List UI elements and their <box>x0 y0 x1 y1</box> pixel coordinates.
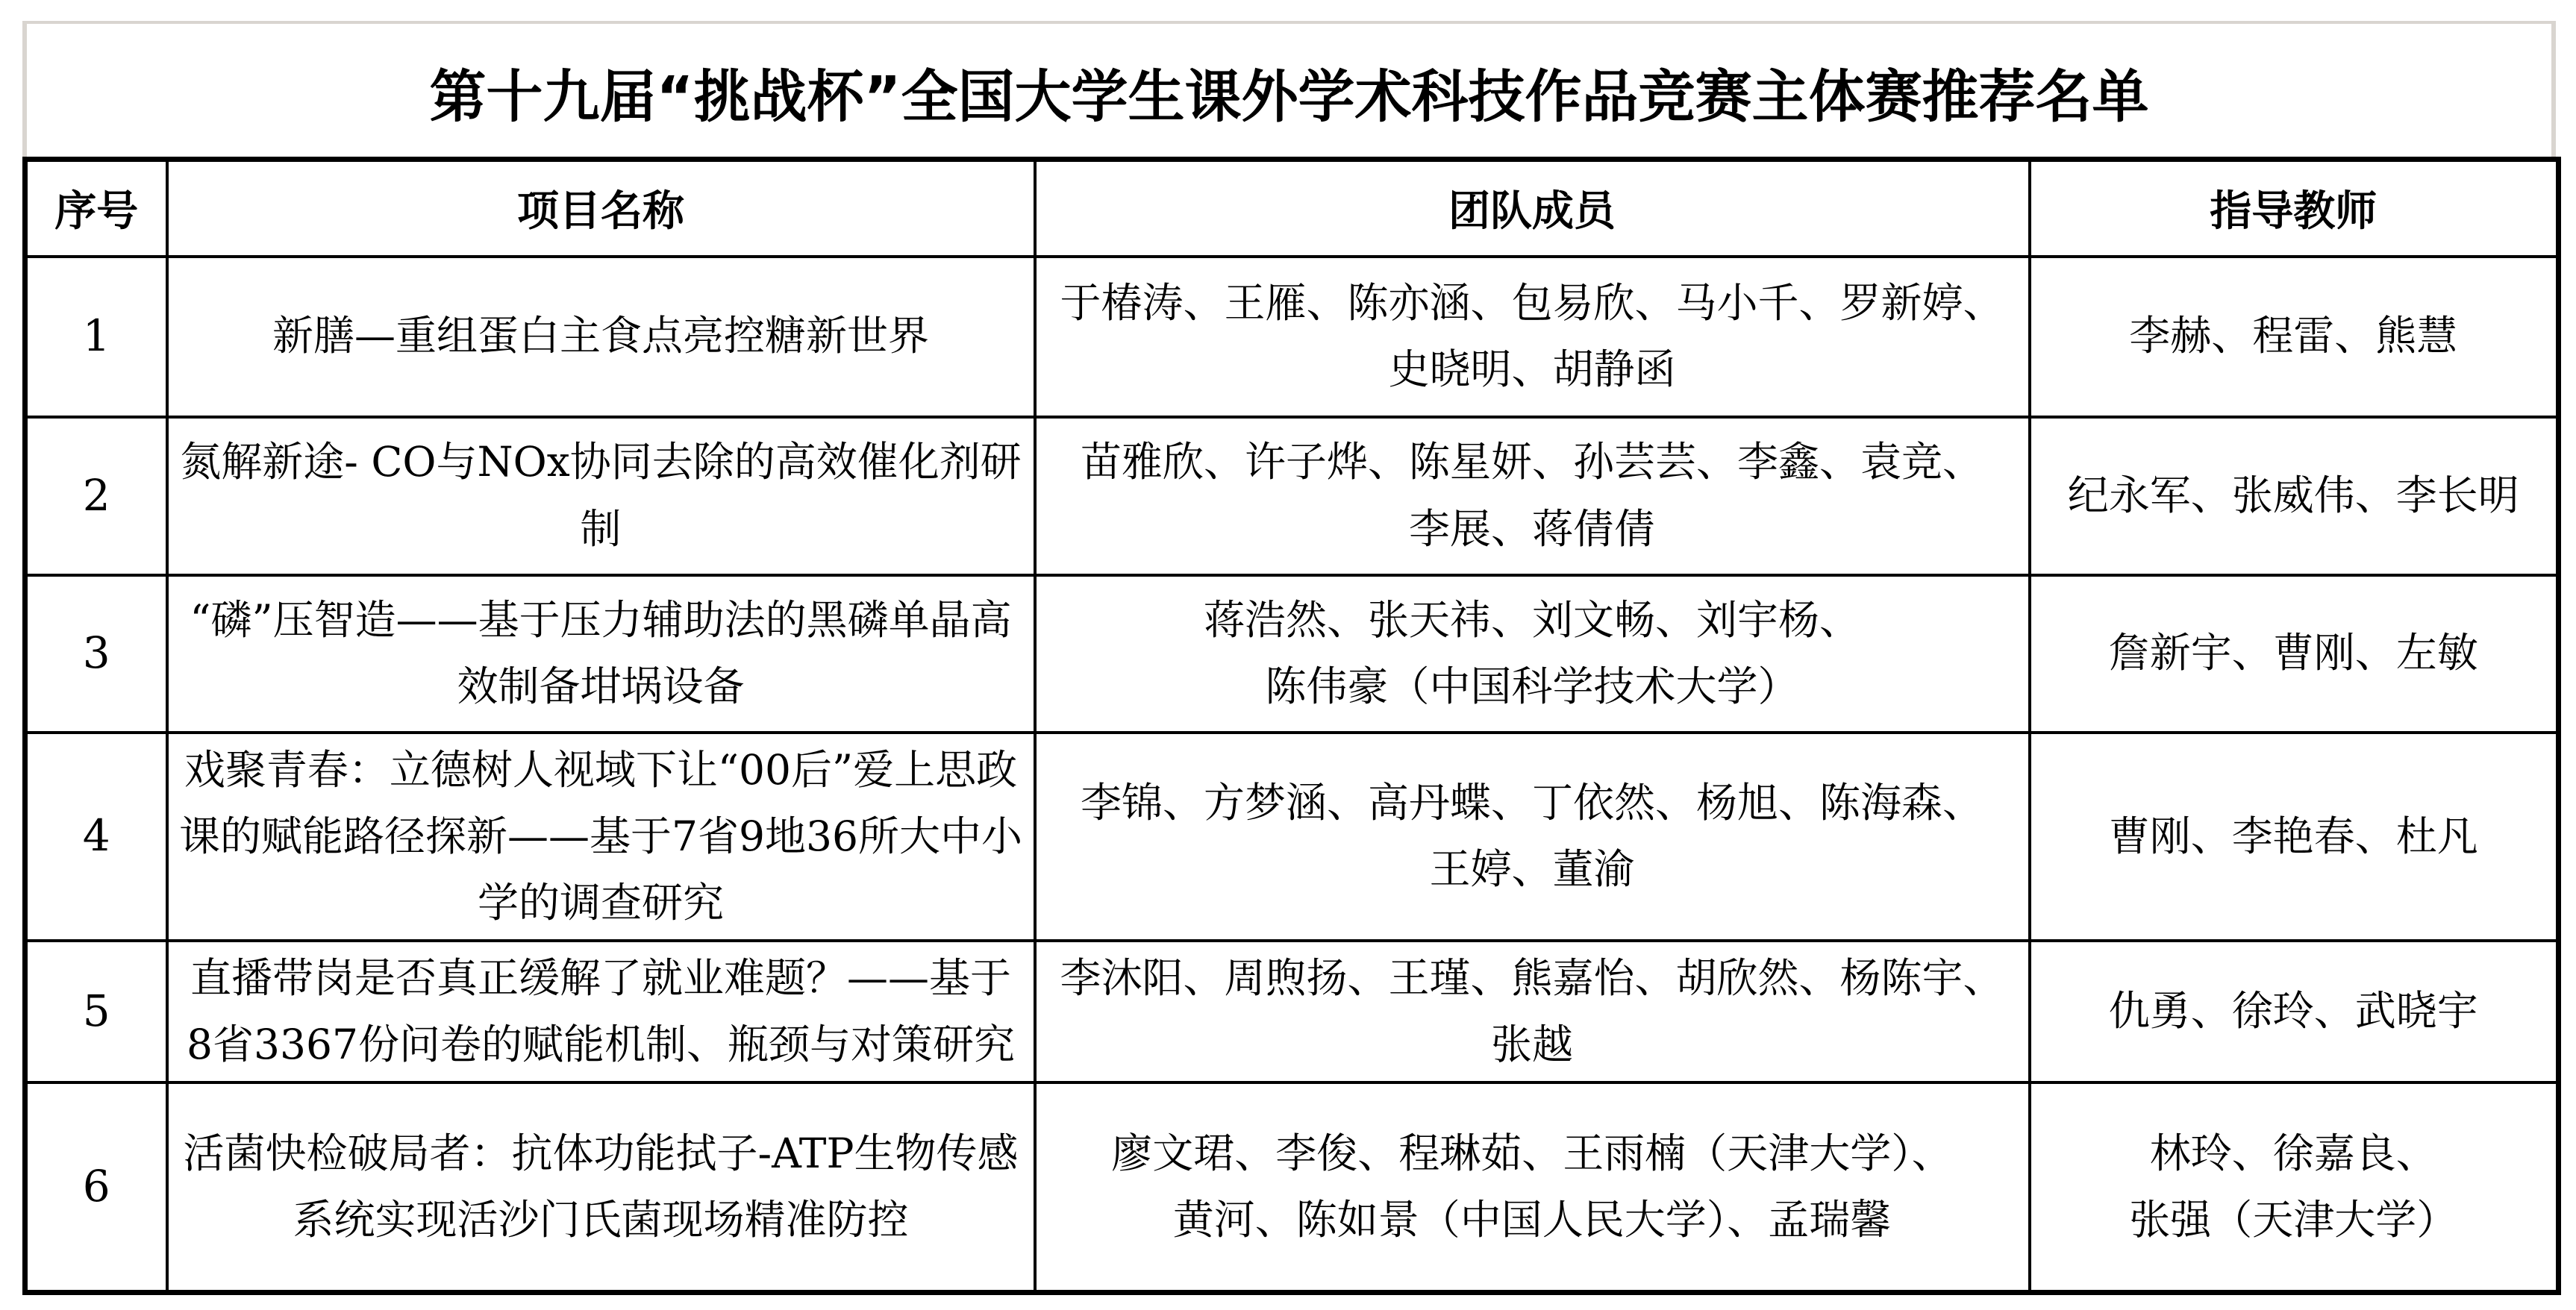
document-page: 第十九届“挑战杯”全国大学生课外学术科技作品竞赛主体赛推荐名单 序号 项目名称 … <box>0 0 2576 1310</box>
cell-project-name: “磷”压智造——基于压力辅助法的黑磷单晶高 效制备坩埚设备 <box>167 575 1035 733</box>
cell-team-members: 廖文珺、李俊、程琳茹、王雨楠（天津大学）、 黄河、陈如景（中国人民大学）、孟瑞馨 <box>1035 1082 2030 1293</box>
cell-serial-number: 4 <box>25 733 167 941</box>
cell-team-members: 李锦、方梦涵、高丹蝶、丁依然、杨旭、陈海森、 王婷、董渝 <box>1035 733 2030 941</box>
cell-advisors: 李赫、程雷、熊慧 <box>2030 257 2559 417</box>
cell-serial-number: 6 <box>25 1082 167 1293</box>
cell-serial-number: 3 <box>25 575 167 733</box>
cell-serial-number: 5 <box>25 941 167 1082</box>
cell-advisors: 林玲、徐嘉良、 张强（天津大学） <box>2030 1082 2559 1293</box>
page-title: 第十九届“挑战杯”全国大学生课外学术科技作品竞赛主体赛推荐名单 <box>430 51 2149 133</box>
table-row: 6 活菌快检破局者：抗体功能拭子-ATP生物传感 系统实现活沙门氏菌现场精准防控… <box>25 1082 2559 1293</box>
cell-project-name: 活菌快检破局者：抗体功能拭子-ATP生物传感 系统实现活沙门氏菌现场精准防控 <box>167 1082 1035 1293</box>
cell-team-members: 于椿涛、王雁、陈亦涵、包易欣、马小千、罗新婷、 史晓明、胡静函 <box>1035 257 2030 417</box>
title-cell: 第十九届“挑战杯”全国大学生课外学术科技作品竞赛主体赛推荐名单 <box>22 21 2556 160</box>
cell-team-members: 苗雅欣、许子烨、陈星妍、孙芸芸、李鑫、袁竞、 李展、蒋倩倩 <box>1035 417 2030 575</box>
cell-team-members: 李沐阳、周煦扬、王瑾、熊嘉怡、胡欣然、杨陈宇、 张越 <box>1035 941 2030 1082</box>
cell-project-name: 直播带岗是否真正缓解了就业难题？——基于 8省3367份问卷的赋能机制、瓶颈与对… <box>167 941 1035 1082</box>
cell-project-name: 氮解新途- CO与NOx协同去除的高效催化剂研 制 <box>167 417 1035 575</box>
header-row: 序号 项目名称 团队成员 指导教师 <box>25 160 2559 257</box>
cell-advisors: 纪永军、张威伟、李长明 <box>2030 417 2559 575</box>
header-team-members: 团队成员 <box>1035 160 2030 257</box>
table-row: 3 “磷”压智造——基于压力辅助法的黑磷单晶高 效制备坩埚设备 蒋浩然、张天祎、… <box>25 575 2559 733</box>
table-row: 4 戏聚青春：立德树人视域下让“00后”爱上思政 课的赋能路径探新——基于7省9… <box>25 733 2559 941</box>
cell-project-name: 戏聚青春：立德树人视域下让“00后”爱上思政 课的赋能路径探新——基于7省9地3… <box>167 733 1035 941</box>
cell-advisors: 仇勇、徐玲、武晓宇 <box>2030 941 2559 1082</box>
table-row: 5 直播带岗是否真正缓解了就业难题？——基于 8省3367份问卷的赋能机制、瓶颈… <box>25 941 2559 1082</box>
recommendation-table: 序号 项目名称 团队成员 指导教师 1 新膳—重组蛋白主食点亮控糖新世界 于椿涛… <box>22 157 2561 1295</box>
header-serial-number: 序号 <box>25 160 167 257</box>
cell-advisors: 曹刚、李艳春、杜凡 <box>2030 733 2559 941</box>
header-advisors: 指导教师 <box>2030 160 2559 257</box>
header-project-name: 项目名称 <box>167 160 1035 257</box>
cell-team-members: 蒋浩然、张天祎、刘文畅、刘宇杨、 陈伟豪（中国科学技术大学） <box>1035 575 2030 733</box>
table-row: 1 新膳—重组蛋白主食点亮控糖新世界 于椿涛、王雁、陈亦涵、包易欣、马小千、罗新… <box>25 257 2559 417</box>
cell-project-name: 新膳—重组蛋白主食点亮控糖新世界 <box>167 257 1035 417</box>
table-row: 2 氮解新途- CO与NOx协同去除的高效催化剂研 制 苗雅欣、许子烨、陈星妍、… <box>25 417 2559 575</box>
cell-advisors: 詹新宇、曹刚、左敏 <box>2030 575 2559 733</box>
cell-serial-number: 2 <box>25 417 167 575</box>
cell-serial-number: 1 <box>25 257 167 417</box>
